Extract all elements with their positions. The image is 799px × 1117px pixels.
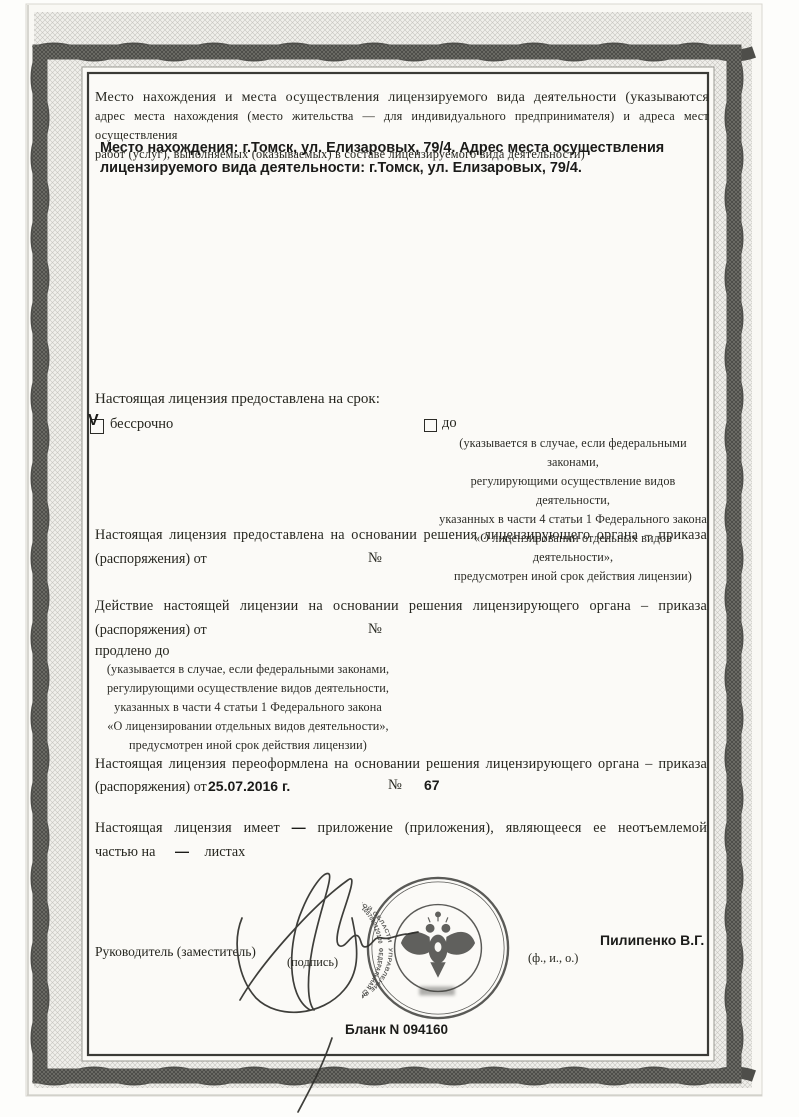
reissue-date-value: 25.07.2016 г. (208, 778, 290, 794)
prolonged-label: продлено до (95, 643, 170, 660)
perpetual-label: бессрочно (110, 416, 173, 433)
note-line: регулирующими осуществление видов деятел… (437, 472, 709, 510)
note-line: (указывается в случае, если федеральными… (98, 660, 398, 679)
term-note: (указывается в случае, если федеральными… (437, 434, 709, 586)
term-heading: Настоящая лицензия предоставлена на срок… (95, 391, 380, 408)
reissue-number-value: 67 (424, 777, 440, 793)
filled-line: Место нахождения: г.Томск, ул. Елизаровы… (100, 139, 700, 159)
filled-line: лицензируемого вида деятельности: г.Томс… (100, 159, 700, 179)
attachments-text: Настоящая лицензия имеет (95, 820, 280, 836)
extension-order-prefix: (распоряжения) от (95, 622, 207, 639)
checkbox-until (424, 419, 437, 432)
extension-clause: Действие настоящей лицензии на основании… (95, 597, 707, 616)
granted-number-sign: № (368, 550, 382, 567)
granted-order-prefix: (распоряжения) от (95, 551, 207, 568)
note-line: (указывается в случае, если федеральными… (437, 434, 709, 472)
handwritten-signature (222, 858, 472, 1117)
checkbox-perpetual-mark: V (88, 412, 99, 430)
until-label: до (442, 415, 457, 432)
note-line: предусмотрен иной срок действия лицензии… (437, 567, 709, 586)
extension-note: (указывается в случае, если федеральными… (98, 660, 398, 755)
attachments-text: приложение (приложения), являющееся ее н… (318, 820, 708, 836)
note-line: предусмотрен иной срок действия лицензии… (98, 736, 398, 755)
note-line: регулирующими осуществление видов деятел… (98, 679, 398, 698)
reissue-order-prefix: (распоряжения) от (95, 779, 207, 796)
reissue-clause: Настоящая лицензия переоформлена на осно… (95, 755, 707, 774)
reissue-number-sign: № (388, 777, 402, 794)
attachments-dash: — (292, 819, 306, 835)
granted-clause: Настоящая лицензия предоставлена на осно… (95, 526, 707, 545)
scanned-license-page: Место нахождения и места осуществления л… (0, 0, 799, 1117)
attachments-clause-line1: Настоящая лицензия имеет — приложение (п… (95, 818, 707, 838)
extension-number-sign: № (368, 621, 382, 638)
attachments-dash: — (175, 843, 189, 859)
name-caption: (ф., и., о.) (528, 951, 578, 966)
note-line: «О лицензировании отдельных видов деятел… (98, 717, 398, 736)
note-line: указанных в части 4 статьи 1 Федеральног… (98, 698, 398, 717)
location-filled-value: Место нахождения: г.Томск, ул. Елизаровы… (100, 139, 700, 178)
form-text-line: Место нахождения и места осуществления л… (95, 88, 709, 107)
attachments-text: частью на (95, 844, 155, 860)
head-name-value: Пилипенко В.Г. (600, 932, 704, 948)
